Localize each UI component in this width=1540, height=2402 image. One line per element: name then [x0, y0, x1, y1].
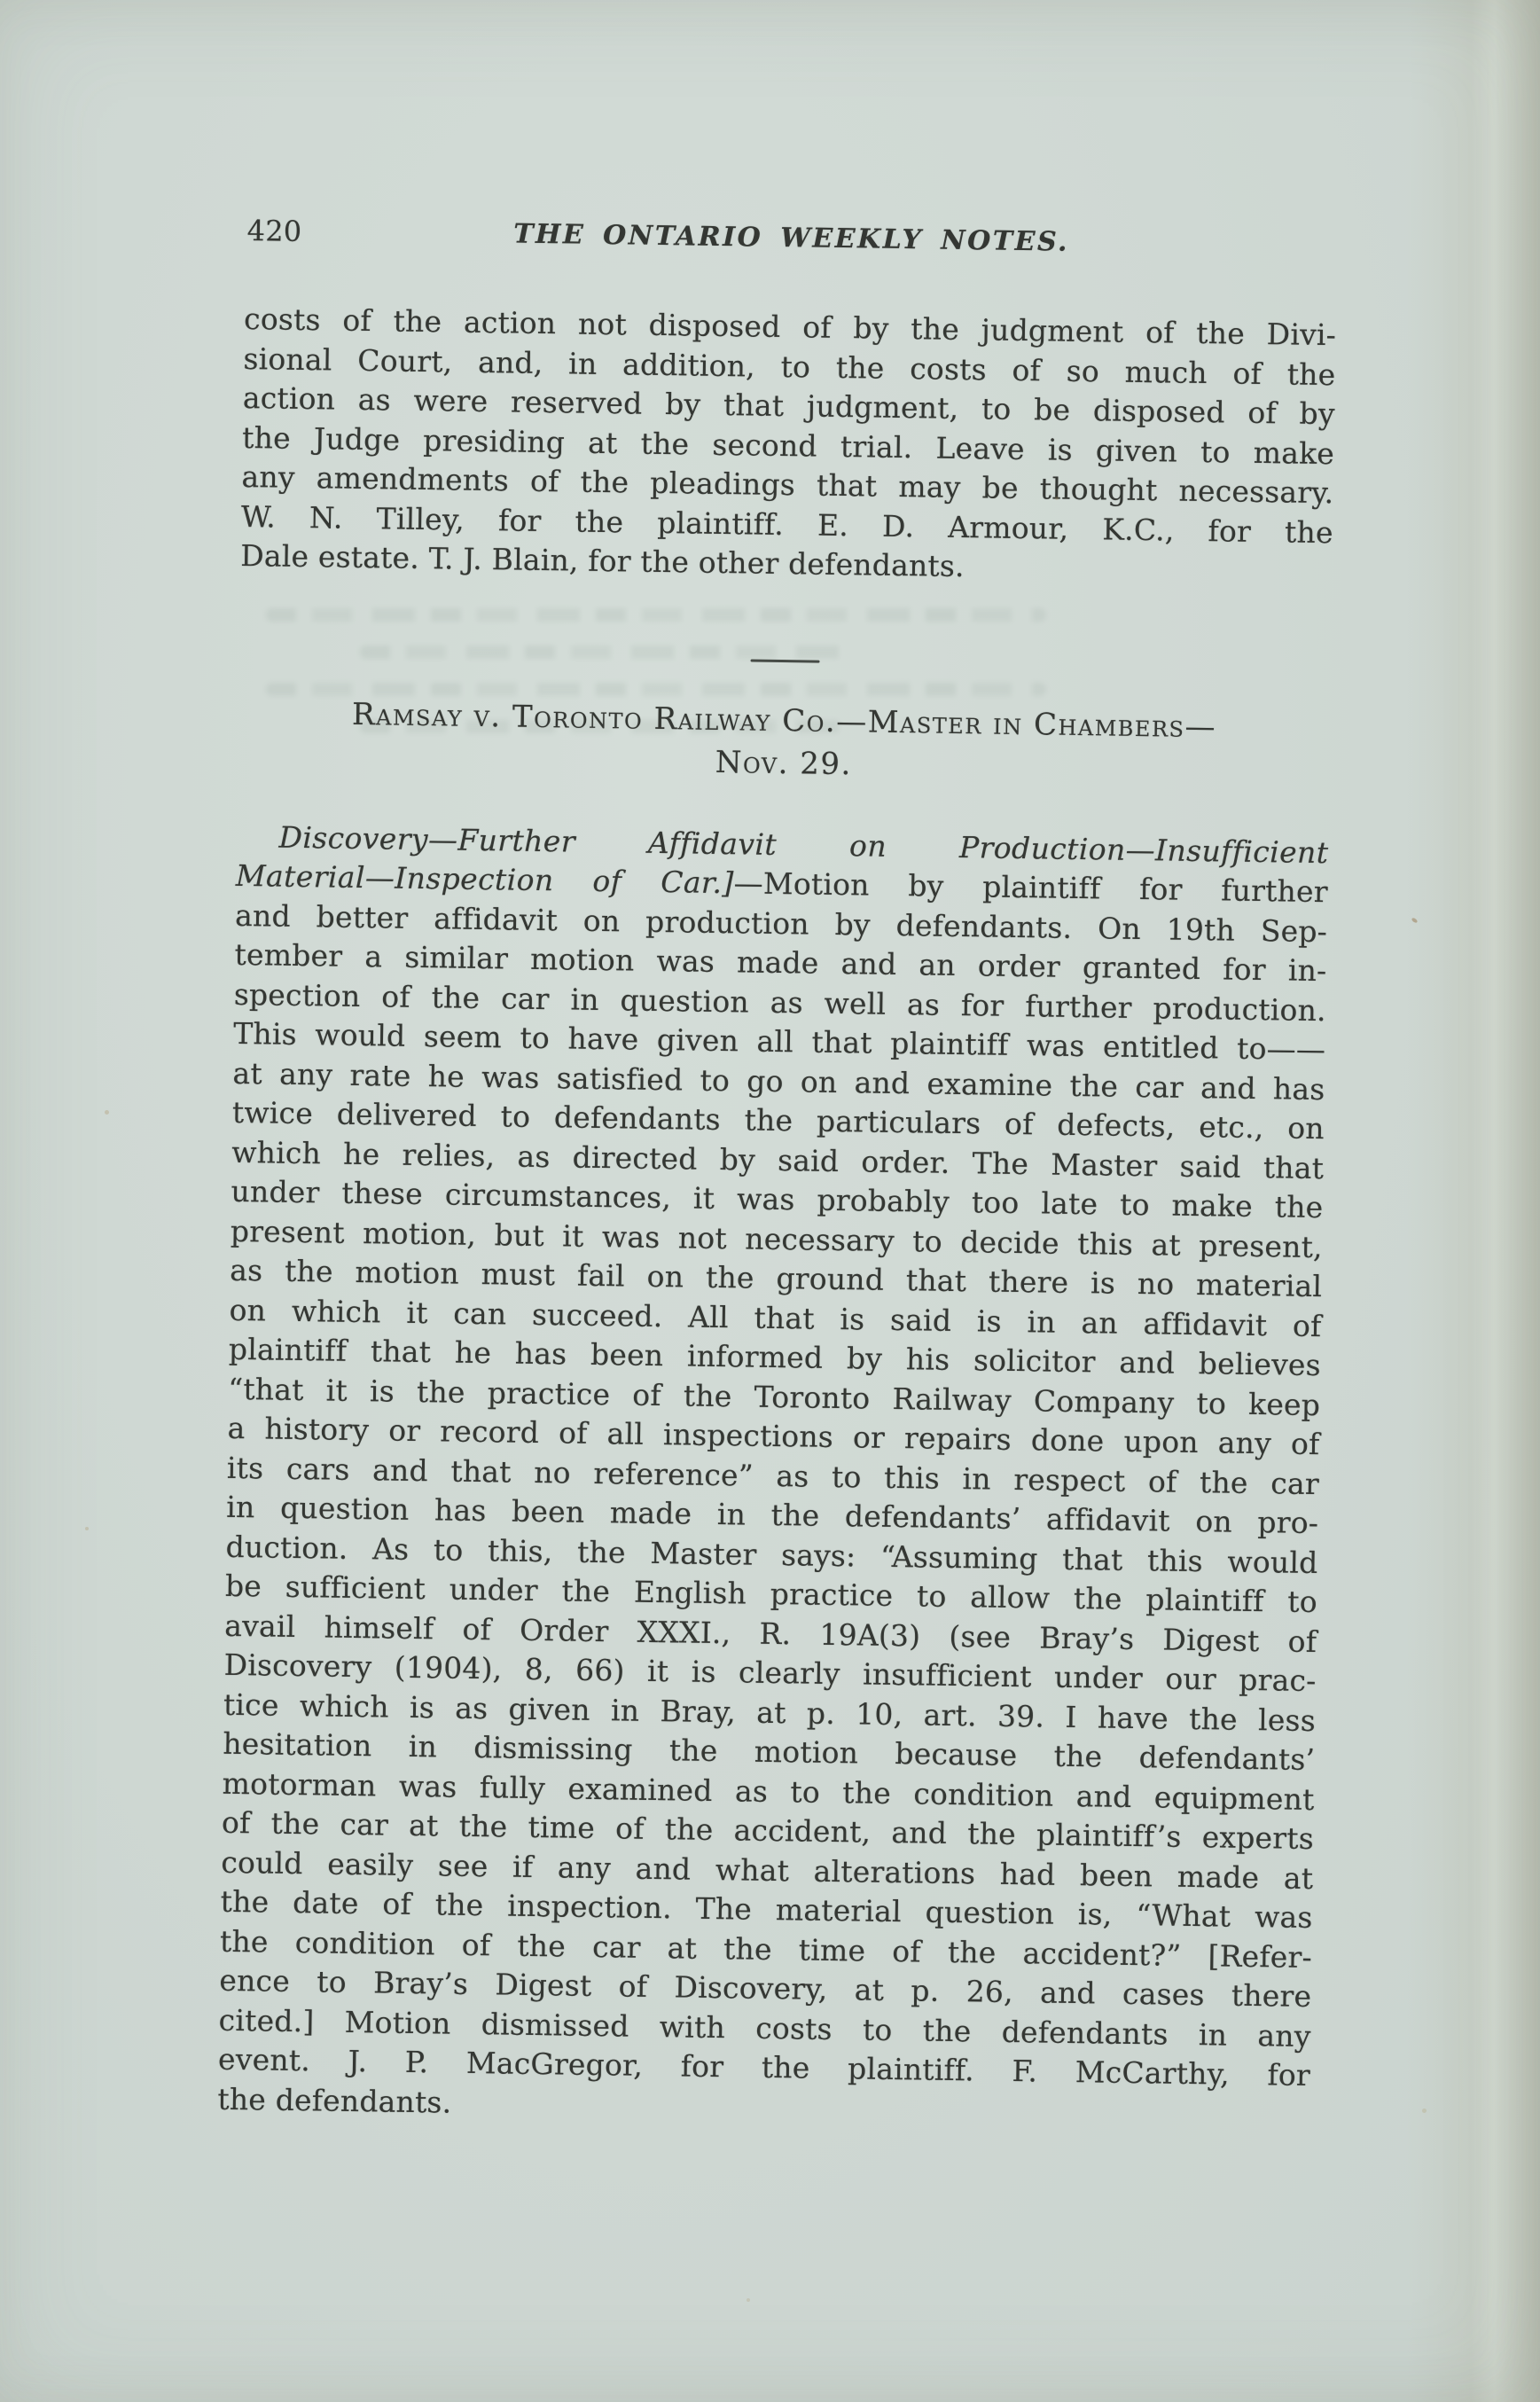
- case-heading: Ramsay v. Toronto Railway Co.—Master in …: [238, 691, 1331, 792]
- paper-speck: [105, 1110, 109, 1115]
- paper-speck: [747, 2298, 750, 2302]
- page-curl-shadow: [1407, 0, 1540, 2402]
- paper-speck: [1411, 917, 1418, 923]
- running-title: THE ONTARIO WEEKLY NOTES.: [513, 215, 1069, 262]
- scanned-page: 420 THE ONTARIO WEEKLY NOTES. costs of t…: [0, 0, 1540, 2402]
- running-head: 420 THE ONTARIO WEEKLY NOTES.: [245, 211, 1338, 266]
- paper-speck: [1422, 2109, 1427, 2113]
- paper-speck: [85, 1527, 89, 1530]
- section-divider: [751, 659, 820, 662]
- case-summary-paragraph: Discovery—Further Affidavit on Productio…: [217, 817, 1329, 2135]
- case-report-body: costs of the action not disposed of by t…: [217, 300, 1336, 2135]
- continuation-paragraph: costs of the action not disposed of by t…: [240, 300, 1336, 592]
- page-number: 420: [246, 211, 301, 251]
- text-block: 420 THE ONTARIO WEEKLY NOTES. costs of t…: [217, 211, 1338, 2135]
